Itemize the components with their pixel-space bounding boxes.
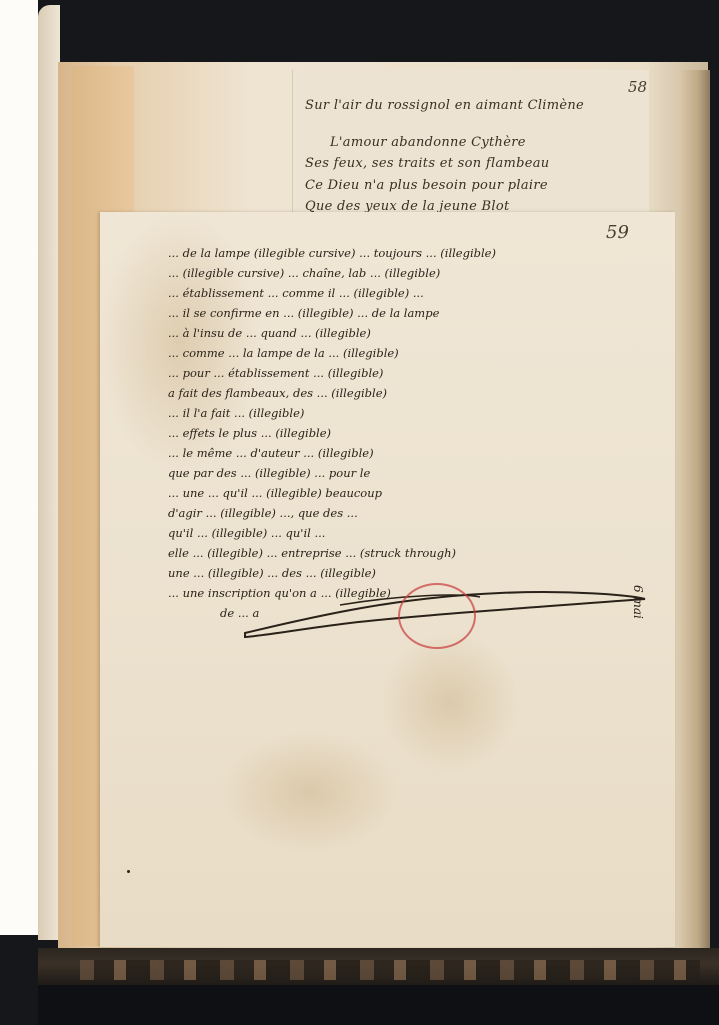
handwritten-line: qu'il ... (illegible) ... qu'il ... <box>168 526 325 540</box>
white-margin <box>0 0 38 935</box>
upper-line: Sur l'air du rossignol en aimant Climène <box>305 98 584 113</box>
handwritten-line: ... comme ... la lampe de la ... (illegi… <box>168 346 399 360</box>
page-stack-edge <box>680 70 710 955</box>
red-library-stamp <box>398 583 476 649</box>
handwritten-line: a fait des flambeaux, des ... (illegible… <box>168 386 387 400</box>
handwritten-line: ... il se confirme en ... (illegible) ..… <box>168 306 439 320</box>
handwritten-line: elle ... (illegible) ... entreprise ... … <box>168 546 456 560</box>
handwritten-line: ... il l'a fait ... (illegible) <box>168 406 304 420</box>
handwritten-line: ... pour ... établissement ... (illegibl… <box>168 366 383 380</box>
handwritten-line: ... à l'insu de ... quand ... (illegible… <box>168 326 371 340</box>
handwritten-line: ... le même ... d'auteur ... (illegible) <box>168 446 374 460</box>
water-stain <box>220 732 400 852</box>
handwritten-line: ... effets le plus ... (illegible) <box>168 426 331 440</box>
margin-date-note: 6 mai <box>631 585 645 619</box>
upper-line: Ce Dieu n'a plus besoin pour plaire <box>305 178 548 193</box>
handwritten-line: ... (illegible cursive) ... chaîne, lab … <box>168 266 440 280</box>
handwritten-line: ... établissement ... comme il ... (ille… <box>168 286 424 300</box>
handwritten-line: ... de la lampe (illegible cursive) ... … <box>168 246 496 260</box>
handwritten-line: ... une ... qu'il ... (illegible) beauco… <box>168 486 382 500</box>
handwritten-line: d'agir ... (illegible) ..., que des ... <box>168 506 358 520</box>
letter-folio-number: 59 <box>606 222 629 243</box>
upper-line: L'amour abandonne Cythère <box>330 135 526 150</box>
ink-dot <box>127 870 130 873</box>
dark-background <box>38 985 719 1025</box>
upper-folio-number: 58 <box>628 78 647 96</box>
upper-line: Ses feux, ses traits et son flambeau <box>305 156 549 171</box>
handwritten-line: que par des ... (illegible) ... pour le <box>168 466 370 480</box>
water-stain <box>380 632 520 772</box>
marbled-edge <box>80 960 700 980</box>
handwritten-line: une ... (illegible) ... des ... (illegib… <box>168 566 376 580</box>
page-curl-left <box>38 5 60 940</box>
